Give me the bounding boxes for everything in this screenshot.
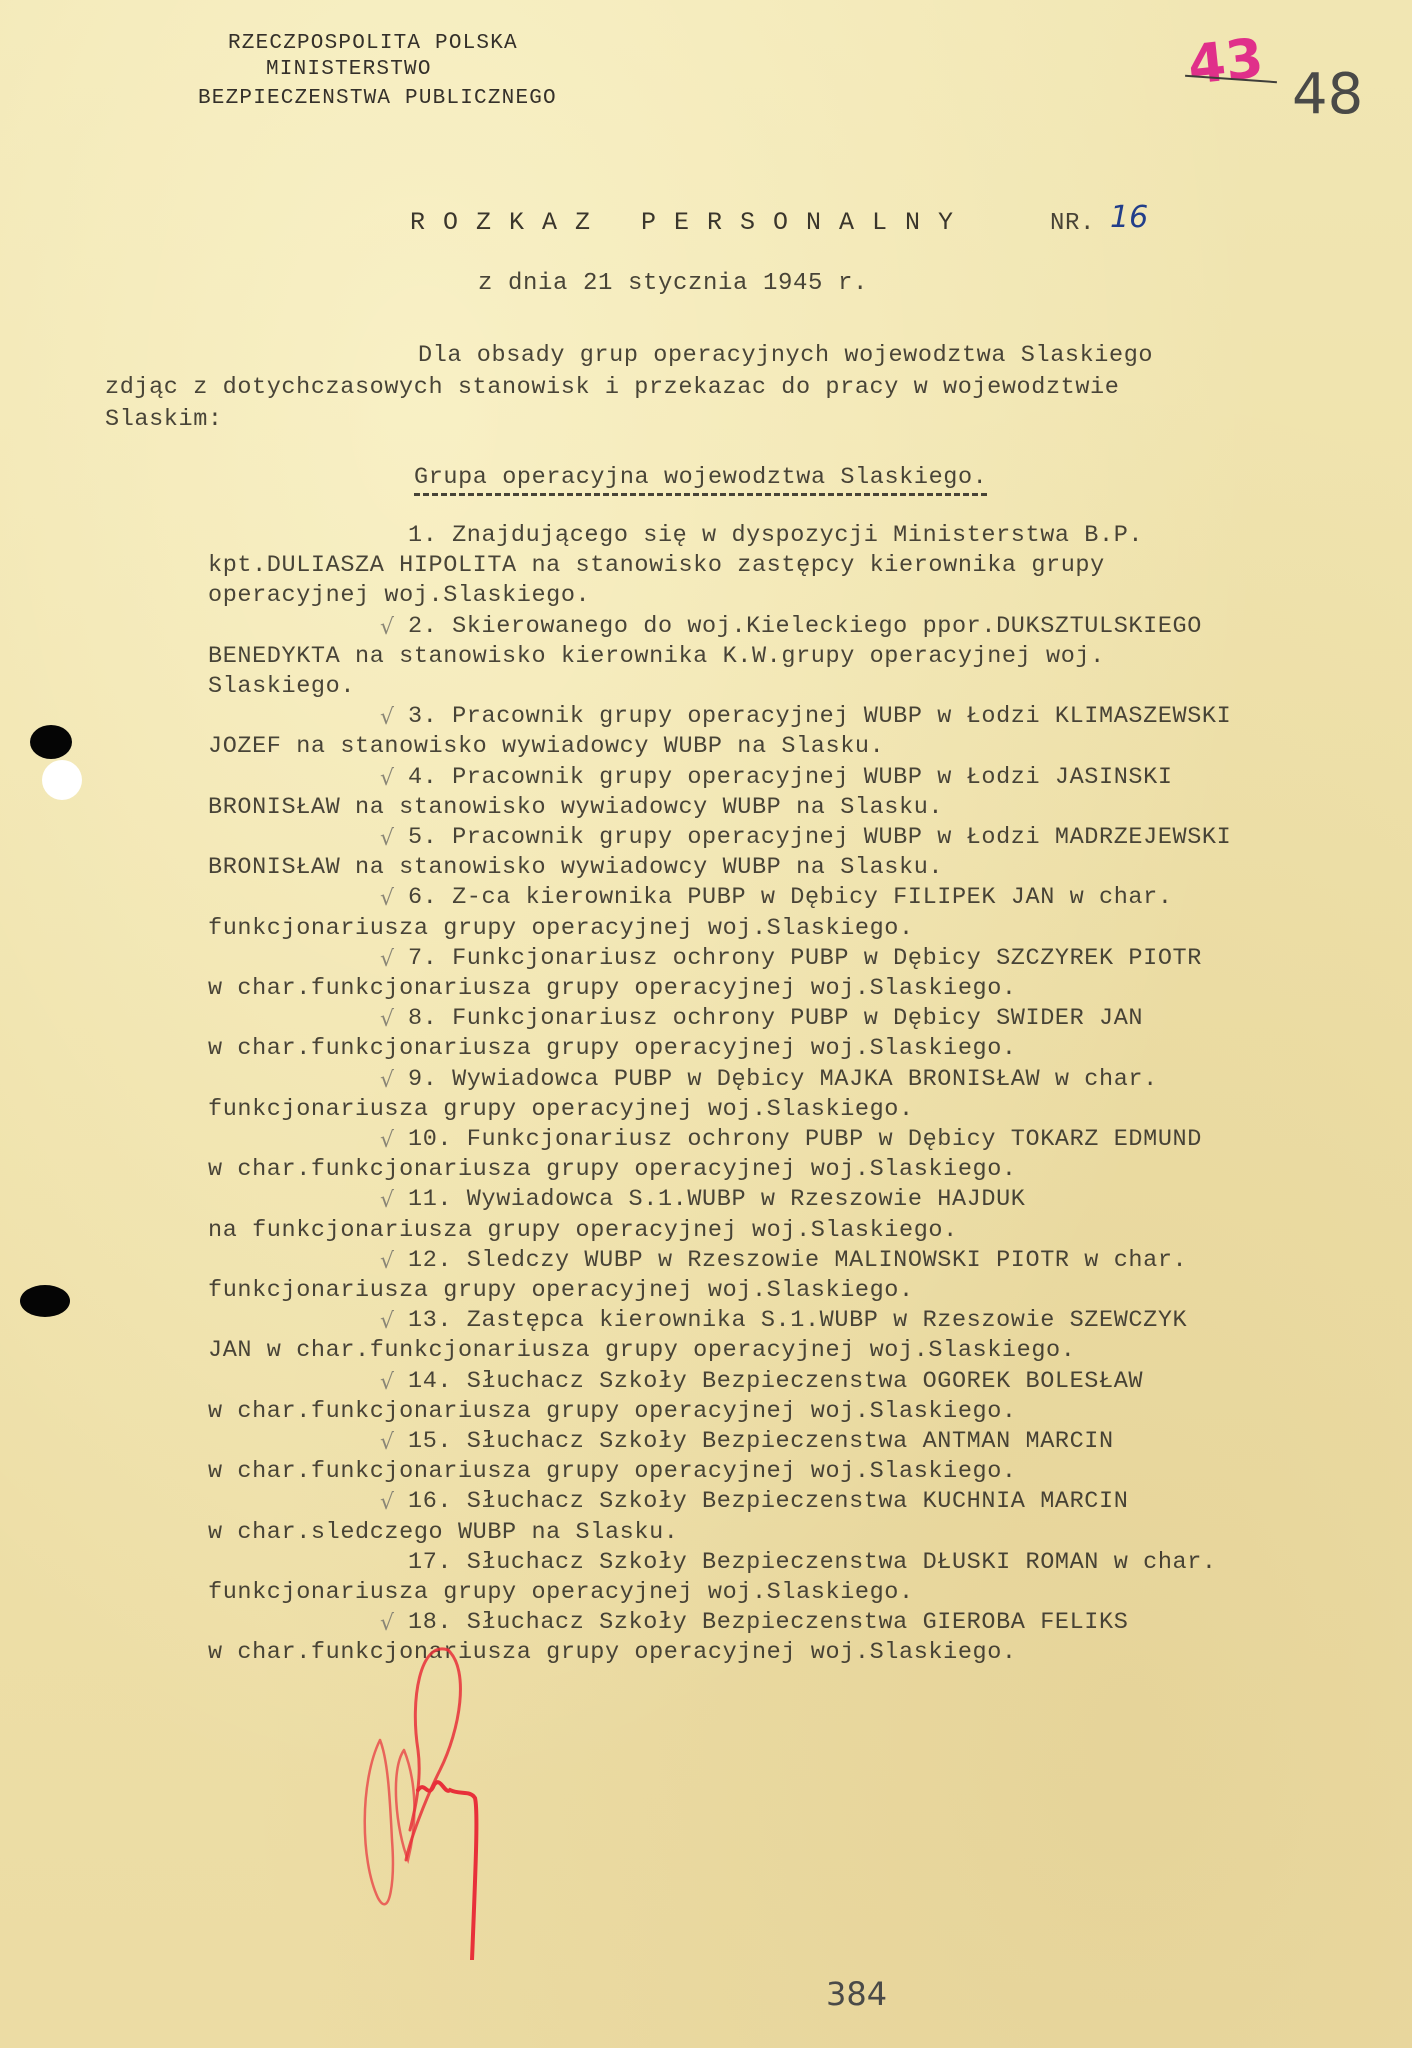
check-mark-icon: √ [380, 1188, 394, 1213]
list-item-continuation-line: BRONISŁAW na stanowisko wywiadowcy WUBP … [208, 794, 943, 821]
check-mark-icon: √ [380, 1370, 394, 1395]
check-mark-icon: √ [380, 1128, 394, 1153]
list-item-continuation-line: kpt.DULIASZA HIPOLITA na stanowisko zast… [208, 552, 1105, 579]
check-mark-icon: √ [380, 826, 394, 851]
punch-hole-top [30, 725, 72, 759]
list-item-first-line: 5. Pracownik grupy operacyjnej WUBP w Ło… [408, 824, 1231, 851]
list-item-first-line: 17. Słuchacz Szkoły Bezpieczenstwa DŁUSK… [408, 1549, 1217, 1576]
list-item-continuation-line: BENEDYKTA na stanowisko kierownika K.W.g… [208, 643, 1105, 670]
list-item-continuation-line: BRONISŁAW na stanowisko wywiadowcy WUBP … [208, 854, 943, 881]
list-item-first-line: 8. Funkcjonariusz ochrony PUBP w Dębicy … [408, 1005, 1143, 1032]
list-item-continuation-line: Slaskiego. [208, 673, 355, 700]
header-country: RZECZPOSPOLITA POLSKA [228, 32, 518, 55]
header-ministry-name: BEZPIECZENSTWA PUBLICZNEGO [198, 87, 557, 110]
signature [300, 1640, 560, 1960]
list-item-first-line: 10. Funkcjonariusz ochrony PUBP w Dębicy… [408, 1126, 1202, 1153]
list-item-continuation-line: na funkcjonariusza grupy operacyjnej woj… [208, 1217, 958, 1244]
check-mark-icon: √ [380, 886, 394, 911]
list-item-continuation-line: funkcjonariusza grupy operacyjnej woj.Sl… [208, 915, 914, 942]
check-mark-icon: √ [380, 1249, 394, 1274]
check-mark-icon: √ [380, 1611, 394, 1636]
list-item-continuation-line: funkcjonariusza grupy operacyjnej woj.Sl… [208, 1579, 914, 1606]
list-item-continuation-line: w char.funkcjonariusza grupy operacyjnej… [208, 975, 1017, 1002]
check-mark-icon: √ [380, 1068, 394, 1093]
list-item-first-line: 1. Znajdującego się w dyspozycji Ministe… [408, 522, 1143, 549]
intro-line-2: zdjąc z dotychczasowych stanowisk i prze… [105, 374, 1119, 401]
list-item-first-line: 9. Wywiadowca PUBP w Dębicy MAJKA BRONIS… [408, 1066, 1158, 1093]
document-page: RZECZPOSPOLITA POLSKA MINISTERSTWO BEZPI… [0, 0, 1412, 2048]
punch-hole-bottom [20, 1285, 70, 1317]
document-date: z dnia 21 stycznia 1945 r. [478, 270, 868, 297]
check-mark-icon: √ [380, 615, 394, 640]
check-mark-icon: √ [380, 705, 394, 730]
list-item-continuation-line: operacyjnej woj.Slaskiego. [208, 582, 590, 609]
list-item-continuation-line: w char.funkcjonariusza grupy operacyjnej… [208, 1458, 1017, 1485]
list-item-continuation-line: JAN w char.funkcjonariusza grupy operacy… [208, 1337, 1075, 1364]
list-item-first-line: 12. Sledczy WUBP w Rzeszowie MALINOWSKI … [408, 1247, 1187, 1274]
list-item-continuation-line: w char.funkcjonariusza grupy operacyjnej… [208, 1156, 1017, 1183]
list-item-first-line: 6. Z-ca kierownika PUBP w Dębicy FILIPEK… [408, 884, 1173, 911]
list-item-continuation-line: w char.funkcjonariusza grupy operacyjnej… [208, 1398, 1017, 1425]
list-item-first-line: 3. Pracownik grupy operacyjnej WUBP w Ło… [408, 703, 1231, 730]
section-heading: Grupa operacyjna wojewodztwa Slaskiego. [414, 464, 987, 496]
list-item-continuation-line: funkcjonariusza grupy operacyjnej woj.Sl… [208, 1096, 914, 1123]
page-number-pencil: 48 [1292, 62, 1363, 127]
check-mark-icon: √ [380, 1490, 394, 1515]
intro-line-3: Slaskim: [105, 406, 223, 433]
list-item-continuation-line: w char.sledczego WUBP na Slasku. [208, 1519, 678, 1546]
list-item-first-line: 16. Słuchacz Szkoły Bezpieczenstwa KUCHN… [408, 1488, 1128, 1515]
check-mark-icon: √ [380, 1430, 394, 1455]
archive-number: 384 [826, 1975, 887, 2013]
list-item-continuation-line: w char.funkcjonariusza grupy operacyjnej… [208, 1035, 1017, 1062]
list-item-first-line: 15. Słuchacz Szkoły Bezpieczenstwa ANTMA… [408, 1428, 1114, 1455]
list-item-first-line: 2. Skierowanego do woj.Kieleckiego ppor.… [408, 613, 1202, 640]
header-ministry: MINISTERSTWO [266, 58, 432, 81]
check-mark-icon: √ [380, 1007, 394, 1032]
list-item-first-line: 4. Pracownik grupy operacyjnej WUBP w Ło… [408, 764, 1173, 791]
intro-line-1: Dla obsady grup operacyjnych wojewodztwa… [418, 342, 1153, 369]
list-item-first-line: 13. Zastępca kierownika S.1.WUBP w Rzesz… [408, 1307, 1187, 1334]
list-item-first-line: 18. Słuchacz Szkoły Bezpieczenstwa GIERO… [408, 1609, 1128, 1636]
punch-hole-top-tear [42, 760, 82, 800]
check-mark-icon: √ [380, 947, 394, 972]
list-item-first-line: 14. Słuchacz Szkoły Bezpieczenstwa OGORE… [408, 1368, 1143, 1395]
check-mark-icon: √ [380, 766, 394, 791]
page-number-crossed: 43 [1185, 26, 1266, 97]
order-number-value: 16 [1110, 200, 1148, 235]
check-mark-icon: √ [380, 1309, 394, 1334]
list-item-first-line: 11. Wywiadowca S.1.WUBP w Rzeszowie HAJD… [408, 1186, 1026, 1213]
list-item-continuation-line: JOZEF na stanowisko wywiadowcy WUBP na S… [208, 733, 884, 760]
list-item-continuation-line: funkcjonariusza grupy operacyjnej woj.Sl… [208, 1277, 914, 1304]
order-number-label: NR. [1050, 210, 1095, 237]
document-title: ROZKAZ PERSONALNY [410, 208, 971, 237]
list-item-first-line: 7. Funkcjonariusz ochrony PUBP w Dębicy … [408, 945, 1202, 972]
